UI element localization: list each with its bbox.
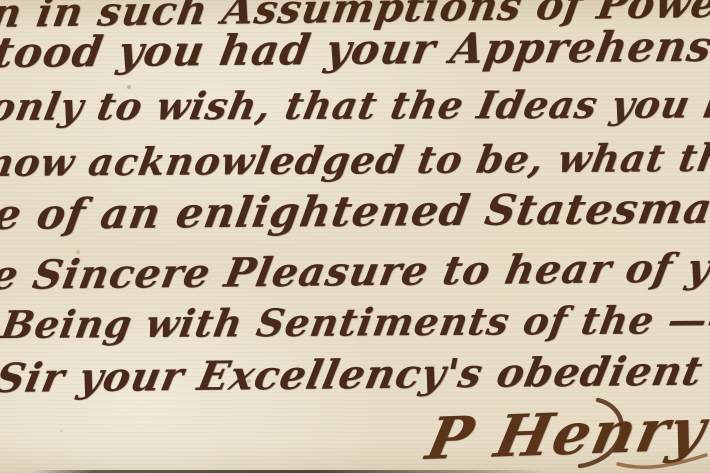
signature-flourish [560, 392, 710, 473]
manuscript-page: n in such Assumptions of Power. — tood y… [0, 0, 710, 473]
handwritten-line-7: Being with Sentiments of the —— [0, 297, 710, 347]
handwritten-line-6: e Sincere Pleasure to hear of your [0, 244, 710, 299]
handwritten-line-3: only to wish, that the Ideas you have [0, 81, 710, 129]
handwritten-line-4: now acknowledged to be, what the Event [0, 134, 710, 185]
handwritten-line-2: tood you had your Apprehensions— [0, 20, 710, 77]
handwritten-line-5: e of an enlightened Statesman. [0, 183, 710, 239]
